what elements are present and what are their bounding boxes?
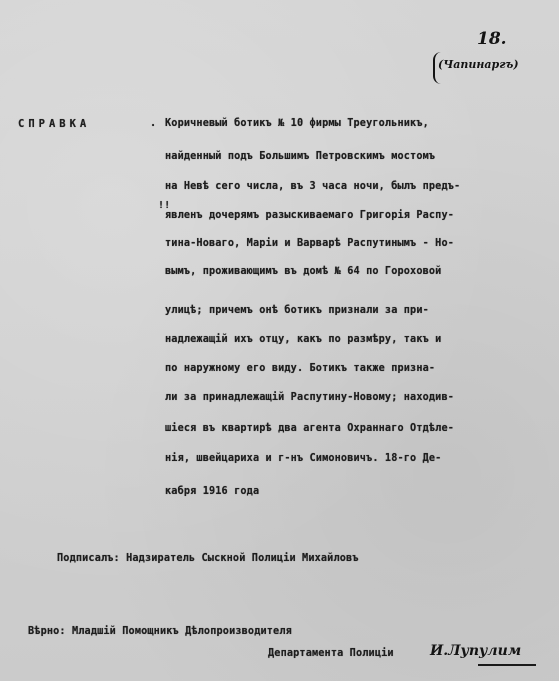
- body-line: ли за принадлежащій Распутину-Новому; на…: [165, 392, 454, 403]
- handwritten-page-number: 18.: [477, 29, 507, 49]
- handwritten-signature: И.Лупулим: [430, 643, 521, 659]
- body-line: тина-Новаго, Маріи и Варварѣ Распутинымъ…: [165, 238, 454, 249]
- body-line: найденный подъ Большимъ Петровскимъ мост…: [165, 151, 435, 162]
- signed-by-line: Подписалъ: Надзиратель Сыскной Полиціи М…: [57, 553, 359, 564]
- department-line: Департамента Полиціи: [268, 648, 394, 659]
- body-line: вымъ, проживающимъ въ домѣ № 64 по Горох…: [165, 266, 441, 277]
- document-heading: СПРАВКА: [18, 118, 90, 130]
- certified-copy-line: Вѣрно: Младшій Помощникъ Дѣлопроизводите…: [28, 626, 292, 637]
- body-line: кабря 1916 года: [165, 486, 259, 497]
- body-line: надлежащій ихъ отцу, какъ по размѣру, та…: [165, 334, 441, 345]
- body-line: Коричневый ботикъ № 10 фирмы Треугольник…: [165, 118, 429, 129]
- handwritten-corner-note: (Чапинаргъ): [438, 58, 519, 71]
- body-line: нія, швейцариха и г-нъ Симоновичъ. 18-го…: [165, 453, 441, 464]
- document-page: 18. (Чапинаргъ) СПРАВКА . . Коричневый б…: [0, 0, 559, 681]
- body-line: явленъ дочерямъ разыскиваемаго Григорія …: [165, 210, 454, 221]
- signature-underline: [478, 664, 536, 666]
- body-line: по наружному его виду. Ботикъ также приз…: [165, 363, 435, 374]
- body-line: шіеся въ квартирѣ два агента Охраннаго О…: [165, 423, 454, 434]
- body-line: улицѣ; причемъ онѣ ботикъ признали за пр…: [165, 305, 429, 316]
- body-line: на Невѣ сего числа, въ 3 часа ночи, былъ…: [165, 181, 460, 192]
